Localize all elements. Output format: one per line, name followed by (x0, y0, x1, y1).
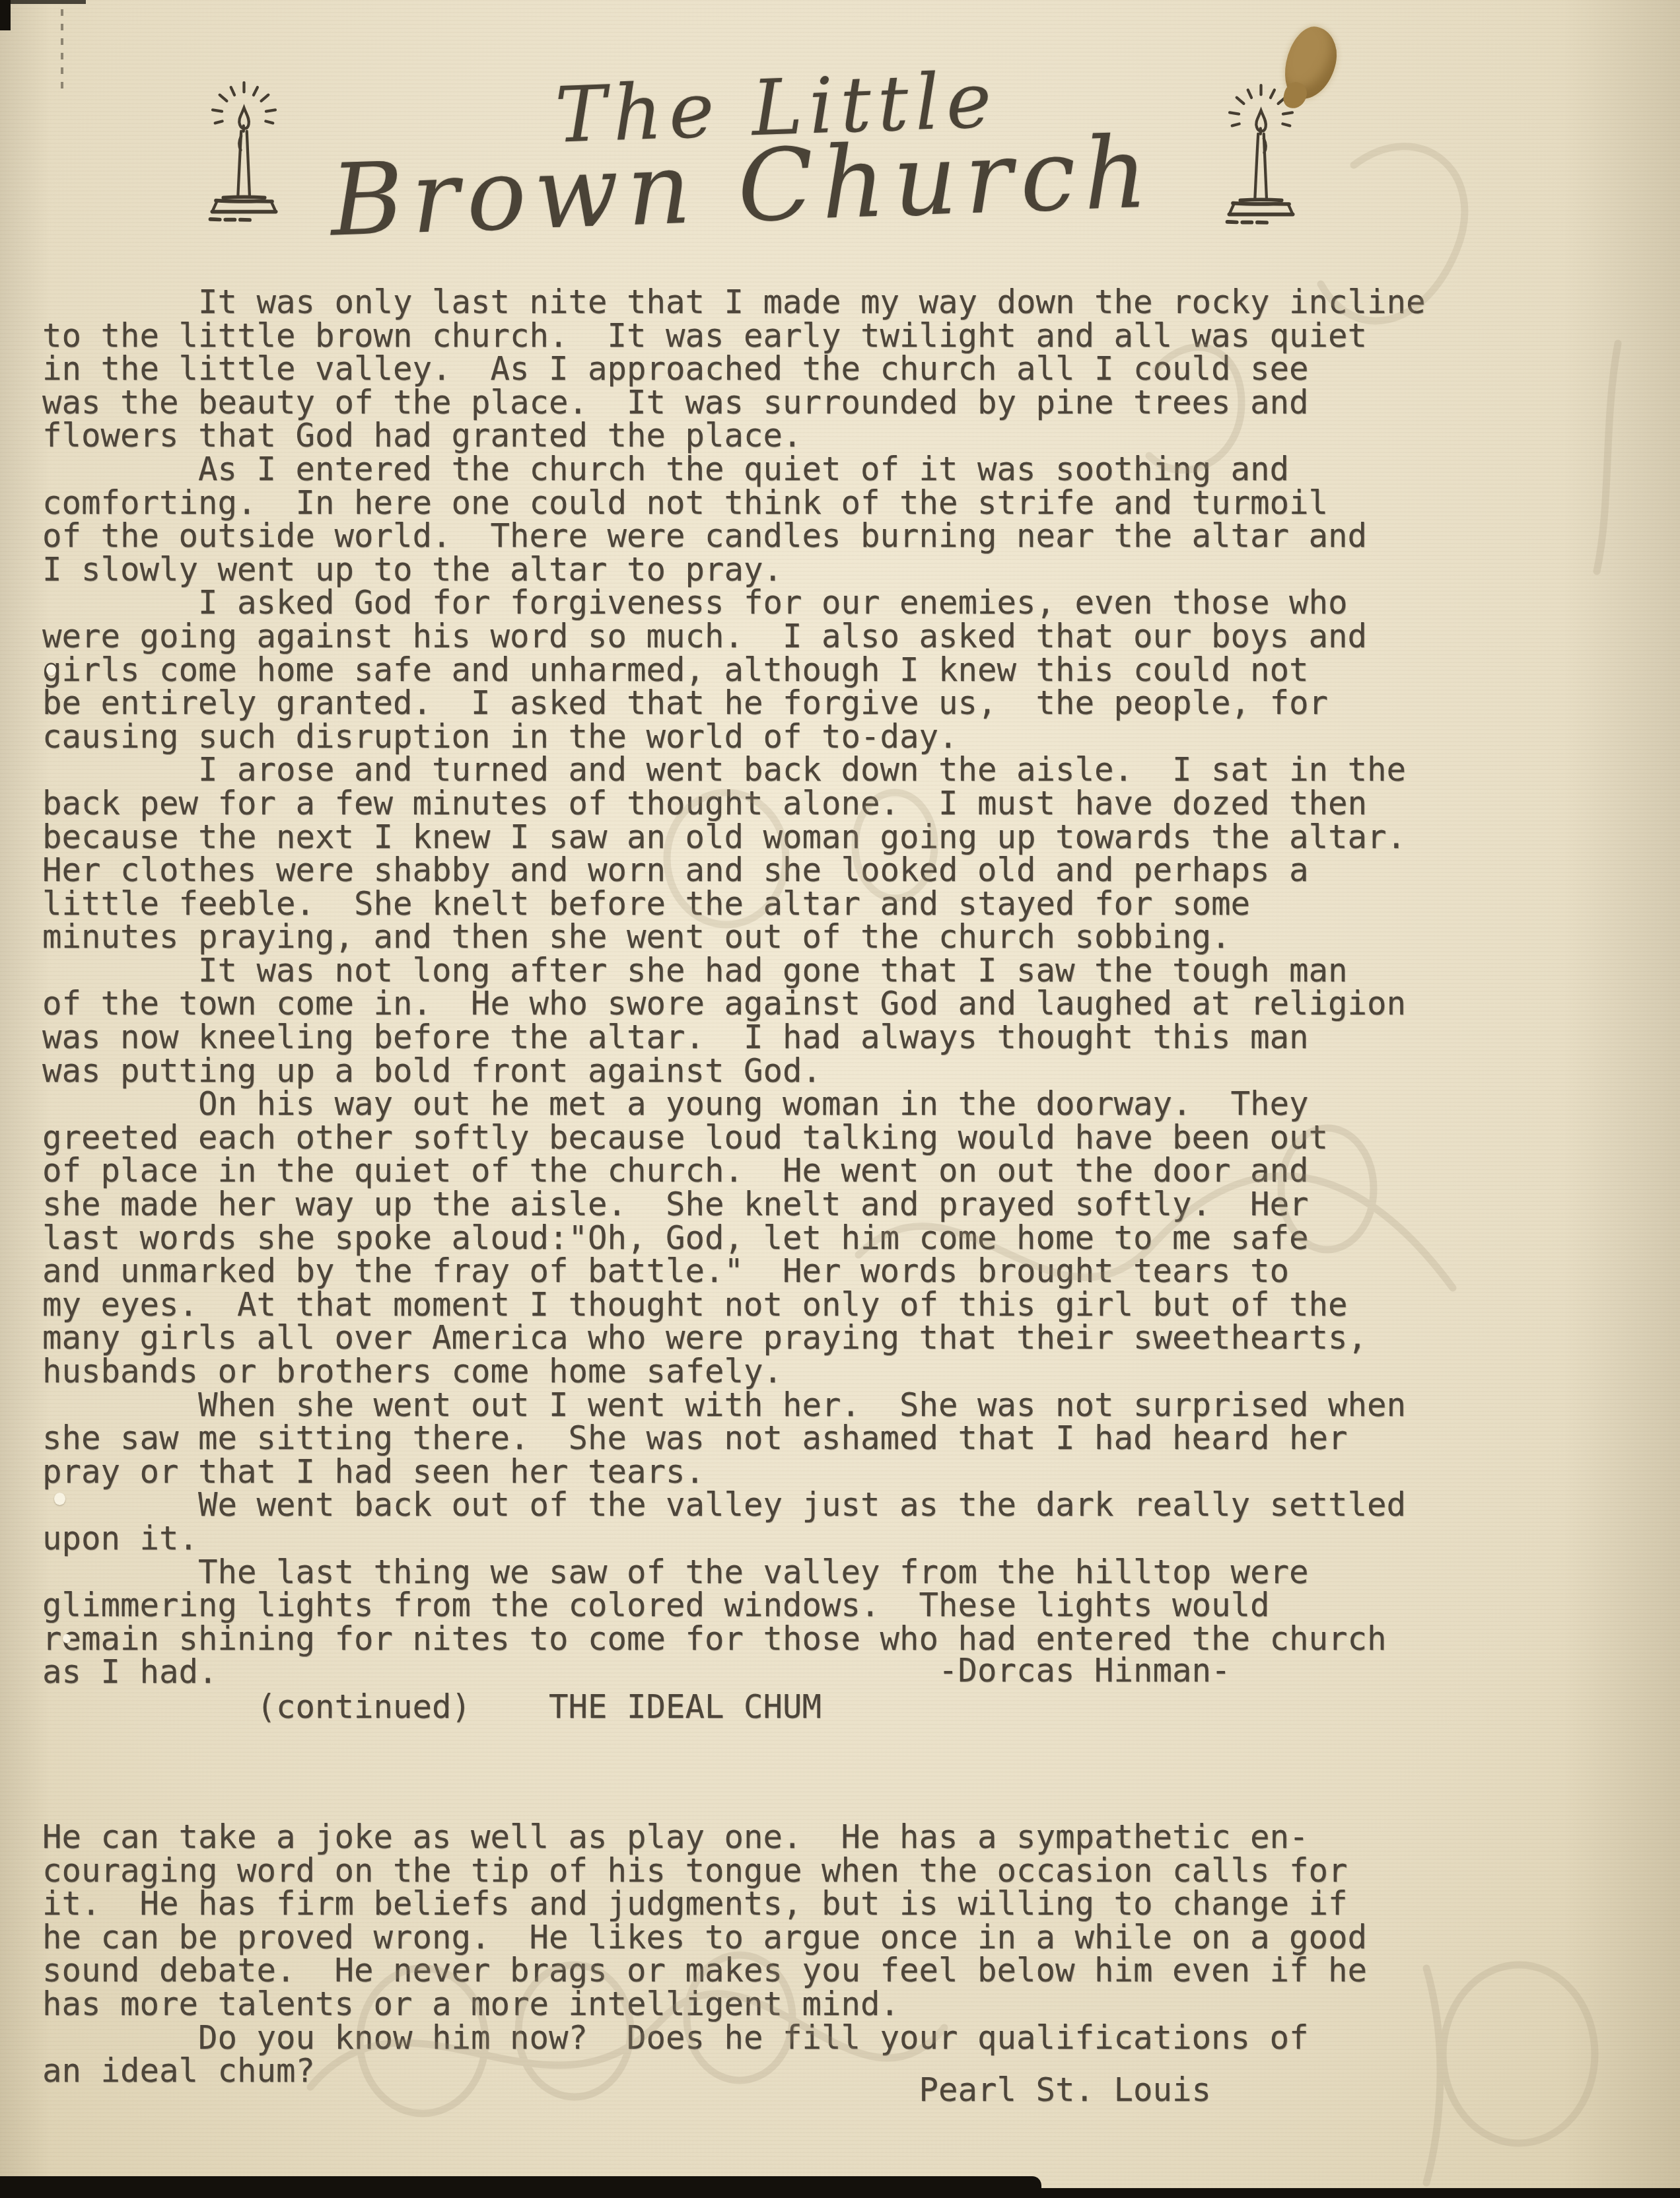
page-title: The Little Brown Church (0, 69, 1680, 236)
document-page: The Little Brown Church It was only last… (0, 0, 1680, 2198)
paper-fleck (46, 664, 56, 676)
section-heading: THE IDEAL CHUM (549, 1691, 822, 1724)
scan-edge-bottom-left (0, 2176, 1041, 2198)
scan-edge-top-sliver (0, 0, 86, 4)
story-byline: -Dorcas Hinman- (42, 1654, 1231, 1688)
paper-fleck (63, 1634, 71, 1643)
section-heading-line: (continued)THE IDEAL CHUM (42, 1691, 822, 1724)
continued-label: (continued) (257, 1688, 472, 1726)
margin-dotted-line (61, 9, 63, 95)
scan-edge-top-corner (0, 0, 11, 30)
signature: Pearl St. Louis (42, 2074, 1211, 2108)
ideal-chum-body-text: He can take a joke as well as play one. … (42, 1821, 1367, 2088)
story-body-text: It was only last nite that I made my way… (42, 286, 1426, 1689)
paper-fleck (54, 1493, 65, 1505)
